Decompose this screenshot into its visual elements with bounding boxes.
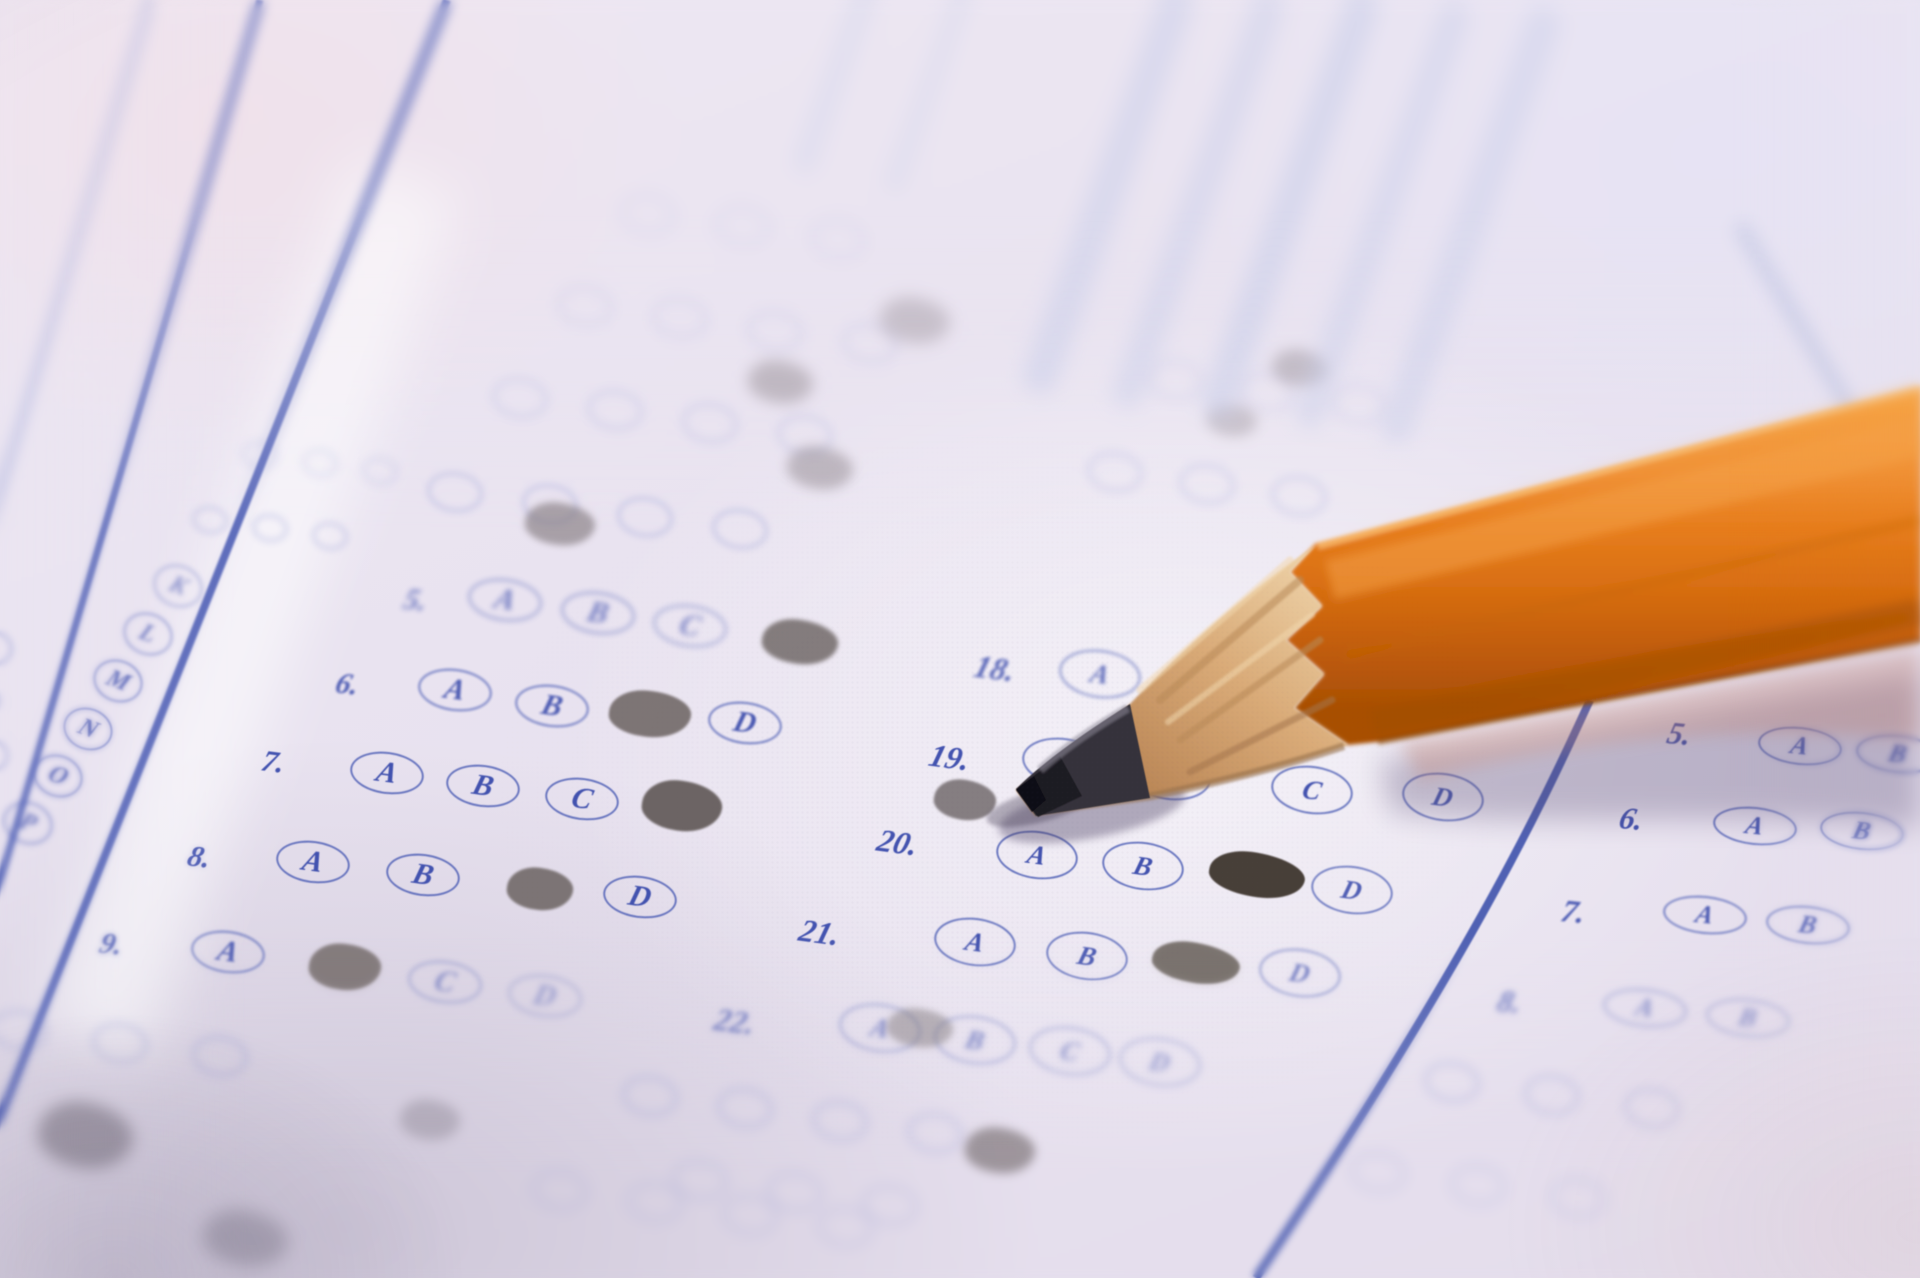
ghost-bubble [189,1032,250,1079]
bubble-letter: C [676,610,704,642]
answer-bubble: B [1099,837,1187,895]
name-grid-letter: O [27,748,88,805]
pencil-smudge [505,864,576,914]
bubble-letter: A [1050,748,1075,777]
answer-bubble: D [1399,768,1487,826]
ghost-bubble [649,295,710,342]
answer-bubble: D [1308,861,1396,919]
pencil-smudge [198,1202,293,1273]
pencil-smudge [759,615,840,669]
bubble-letter: A [299,846,327,878]
answer-bubble: A [348,747,427,798]
bubble-letter: A [491,584,519,616]
answer-bubble: A [931,913,1019,971]
bubble-letter: B [1736,1004,1760,1031]
answer-bubble: A [993,826,1081,884]
ghost-bubble [712,203,773,250]
bubble-letter: C [1299,776,1324,805]
name-letter: L [134,619,162,649]
bubble-letter: B [1796,911,1820,938]
question-number: 19. [926,739,974,775]
pencil-smudge [522,498,597,549]
answer-bubble: C [651,600,730,651]
answer-bubble: D [1116,1033,1204,1091]
bubble-letter: A [373,757,401,789]
ghost-bubble [1421,1058,1482,1105]
answer-bubble: C [1026,1022,1114,1080]
bubble-letter: A [1633,994,1657,1021]
blur-stripe [1018,0,1197,398]
answer-bubble: D [601,871,680,922]
answer-bubble: B [1818,808,1906,855]
ghost-bubble [1268,472,1329,519]
name-letter: P [14,808,42,838]
bubble-letter: D [1430,783,1457,812]
pencil-smudge [639,776,725,837]
ghost-bubble [1084,448,1145,495]
bubble-letter: B [409,859,437,891]
name-letter: N [73,713,103,744]
answer-bubble: B [1043,927,1131,985]
ghost-bubble [614,493,675,540]
ghost-bubble [0,1006,51,1053]
answer-bubble: A [1019,733,1107,791]
question-number: 7. [258,747,288,779]
answer-bubble: C [1268,761,1356,819]
bubble-letter: A [214,936,242,968]
question-number: 8. [1494,985,1525,1018]
ghost-bubble [489,374,550,421]
bubble-letter: B [1074,942,1099,971]
question-number: 5. [400,585,430,617]
ghost-bubble [619,1072,680,1119]
question-number: 6. [332,669,362,701]
answer-bubble: C [543,773,622,824]
answer-bubble: B [559,587,638,638]
answer-bubble: B [1704,995,1792,1042]
question-number: 18. [971,650,1019,686]
ghost-bubble [1521,1071,1582,1118]
bubble-letter: A [1087,660,1112,689]
ghost-bubble [424,468,485,515]
ghost-bubble [554,282,615,329]
bubble-letter: B [1130,852,1155,881]
ghost-bubble [709,505,770,552]
pencil-smudge [744,356,815,409]
bubble-sheet-paper: 5.ABC6.ABD7.ABC8.ABD9.ACD18.A19.ABCD20.A… [0,0,1920,1278]
name-grid-letter: L [117,606,178,663]
bubble-letter: D [1287,959,1314,988]
question-number: 5. [1664,717,1695,750]
ghost-bubble [0,734,11,775]
name-grid-letter: N [57,701,118,758]
bubble-letter: D [1339,876,1366,905]
pencil-smudge [1206,845,1308,905]
answer-bubble: A [1056,645,1144,703]
blur-stripe [788,0,888,178]
ghost-bubble [714,1085,775,1132]
ghost-bubble [809,1097,870,1144]
bubble-letter: D [625,881,655,913]
ghost-bubble [1621,1084,1682,1131]
ghost-bubble [360,454,400,487]
ghost-bubble [744,307,805,354]
bubble-letter: A [1743,812,1767,839]
bubble-letter: A [962,928,987,957]
bubble-letter: D [530,980,560,1012]
ghost-bubble [0,627,15,668]
answer-bubble: B [513,680,592,731]
answer-bubble: B [444,760,523,811]
pencil-smudge [398,1096,463,1144]
paper-sheen-highlight [41,159,459,1061]
pencil-smudge [1149,936,1243,991]
bubble-letter: B [1886,740,1910,767]
ghost-bubble [1547,1174,1608,1221]
ghost-bubble [904,1109,965,1156]
bubble-letter: C [431,966,459,998]
answer-bubble: A [189,926,268,977]
name-grid-letter: P [0,795,59,852]
bubble-letter: A [1693,901,1717,928]
bubble-letter: A [1024,841,1049,870]
name-letter: K [164,571,193,602]
question-number: 7. [1558,895,1589,928]
bubble-letter: B [584,597,612,629]
answer-bubble: B [1764,902,1852,949]
bubble-letter: B [1850,817,1874,844]
ghost-bubble [1447,1161,1508,1208]
bubble-letter: D [730,707,760,739]
blur-stripe [1291,0,1473,432]
bubble-letter: C [1057,1037,1082,1066]
answer-sheet-photo: 5.ABC6.ABD7.ABC8.ABD9.ACD18.A19.ABCD20.A… [0,0,1920,1278]
ghost-bubble [679,399,740,446]
ghost-bubble [807,215,868,262]
answer-bubble: A [466,574,545,625]
answer-bubble: D [706,697,785,748]
ghost-bubble [0,679,3,720]
bubble-letter: B [538,690,566,722]
bubble-letter: A [1788,732,1812,759]
bubble-letter: B [962,1026,987,1055]
answer-bubble: A [1756,723,1844,770]
answer-bubble: C [406,956,485,1007]
blur-stripe [879,0,980,197]
answer-bubble: B [1854,731,1920,778]
ghost-bubble [617,190,678,237]
answer-bubble: A [1711,803,1799,850]
bubble-letter: B [1157,762,1182,791]
bubble-letter: A [441,674,469,706]
answer-bubble: D [506,970,585,1021]
name-grid-letter: M [87,653,148,710]
answer-bubble: B [384,849,463,900]
answer-bubble: A [416,664,495,715]
question-number: 20. [874,824,922,860]
answer-bubble: D [1256,944,1344,1002]
answer-bubble: A [1601,985,1689,1032]
answer-bubble: A [274,836,353,887]
pencil-smudge [32,1093,138,1176]
bubble-letter: D [1147,1048,1174,1077]
ghost-bubble [1347,1148,1408,1195]
ghost-bubble [529,1166,590,1213]
pencil-smudge [962,1123,1038,1177]
answer-bubble: A [1661,892,1749,939]
question-number: 21. [796,914,844,950]
name-letter: M [101,665,135,698]
bubble-letter: B [469,770,497,802]
pencil-smudge [607,687,693,741]
name-letter: O [43,760,73,791]
pencil-smudge [931,775,998,824]
ghost-bubble [1176,460,1237,507]
pencil-smudge [307,940,383,993]
bubble-letter: C [568,783,596,815]
question-number: 22. [711,1003,759,1039]
blur-stripe [1731,218,1879,449]
blur-stripe [1375,3,1564,447]
ghost-bubble [584,387,645,434]
answer-bubble: B [1126,747,1214,805]
question-number: 6. [1616,802,1647,835]
